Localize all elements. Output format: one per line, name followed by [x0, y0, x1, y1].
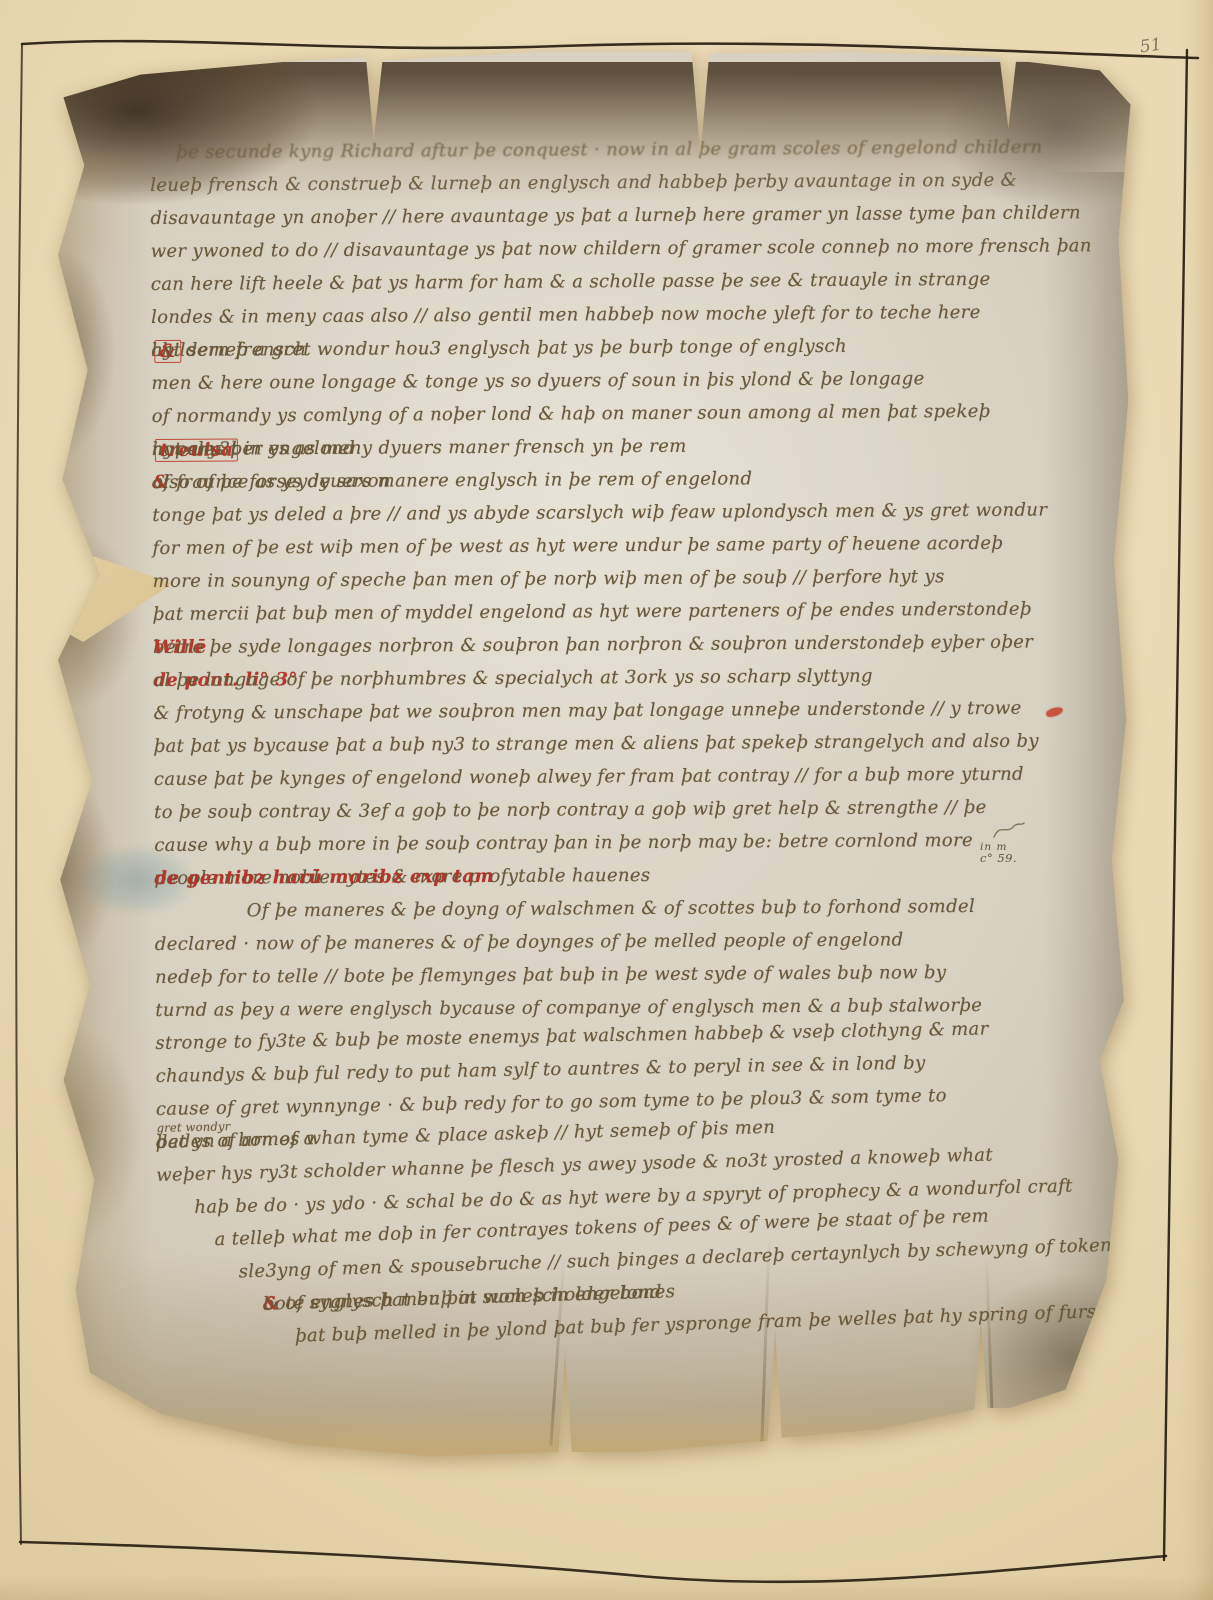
line-text: turnd as þey a were englysch bycause of … — [155, 995, 982, 1021]
manuscript-line: hyt ary3t in engelondtreuisanopeles þer … — [152, 433, 1102, 472]
line-text: hyt semeþ a gret wondur hou3 englysch þa… — [151, 336, 847, 361]
manuscript-line: & of sygnes þat buþ in such scholder bon… — [157, 1268, 1108, 1330]
stain-top-right-corner — [884, 60, 1144, 280]
line-text: londes & in meny caas also // also genti… — [151, 302, 981, 328]
manuscript-line: cause þat þe kynges of engelond woneþ al… — [154, 763, 1104, 802]
line-text: childern frensch — [151, 339, 306, 361]
line-text: stronge to fy3te & buþ þe moste enemys þ… — [155, 1018, 989, 1054]
manuscript-line: nedeþ for to telle // bote þe flemynges … — [155, 961, 1105, 1000]
line-text: þat þat ys bycause þat a buþ ny3 to stra… — [154, 731, 1039, 757]
line-text: nopeles þer ys as meny dyuers maner fren… — [152, 436, 687, 460]
line-text: hyt ary3t in engelond — [152, 438, 355, 460]
rubric-interlin: gret wondyr — [156, 1119, 230, 1135]
line-text: bote englysch men þat woneþ in engelond — [263, 1282, 663, 1315]
manuscript-line: men & here oune longage & tonge ys so dy… — [151, 367, 1101, 406]
blue-pigment-stain — [62, 834, 212, 926]
stain-bottom-right-corner — [916, 1242, 1136, 1432]
line-text: cause of gret wynnynge · & buþ redy for … — [156, 1085, 947, 1120]
manuscript-line: cause of gret wynnynge · & buþ redy for … — [156, 1082, 1106, 1132]
manuscript-line: dedes of armes whan tyme & place askeþ /… — [156, 1109, 1107, 1165]
manuscript-line: disavauntage yn anoþer // here avauntage… — [150, 202, 1100, 241]
line-text: also of þe forseyde saxon — [152, 471, 391, 493]
line-text: to þe souþ contray & 3ef a goþ to þe nor… — [154, 797, 987, 823]
stain-bottom-band — [36, 1252, 1136, 1462]
line-text: nedeþ for to telle // bote þe flemynges … — [155, 962, 946, 988]
manuscript-line: tonge þat ys deled a þre // and ys abyde… — [152, 499, 1102, 538]
manuscript-line: wer ywoned to do // disavauntage ys þat … — [151, 235, 1101, 274]
manuscript-line: & frotyng & unschape þat we souþron men … — [153, 697, 1103, 736]
line-text: men & here oune longage & tonge ys so dy… — [151, 368, 924, 394]
manuscript-line: to þe souþ contray & 3ef a goþ to þe nor… — [154, 796, 1104, 835]
rubric-red: & — [152, 472, 169, 493]
rubric-redbox: & — [154, 340, 181, 363]
line-text: people more noble cytes & more profytabl… — [154, 865, 650, 889]
manuscript-line: þat buþ melled in þe ylond þat buþ fer y… — [157, 1301, 1108, 1363]
manuscript-line: þe secunde kyng Richard aftur þe conques… — [150, 136, 1100, 175]
manuscript-line: can here lift heele & þat ys harm for ha… — [151, 268, 1101, 307]
manuscript-line: people more noble cytes & more profytabl… — [154, 862, 1104, 901]
folio-number: 51 — [1139, 35, 1163, 58]
line-text: sle3yng of men & spousebruche // such þi… — [238, 1235, 1122, 1283]
manuscript-line: haþ be do · ys ydo · & schal be do & as … — [156, 1175, 1107, 1231]
line-text: cause why a buþ more in þe souþ contray … — [154, 830, 973, 856]
manuscript-line: de pont. li° 3° al þe longage of þe norþ… — [153, 664, 1103, 703]
rubric-redbox: treuisa — [155, 438, 239, 462]
line-text: þat mercii þat buþ men of myddel engelon… — [153, 599, 1032, 625]
margin-squiggle-mark — [992, 820, 1026, 840]
manuscript-line: weþer hys ry3t scholder whanne þe flesch… — [156, 1142, 1107, 1198]
margin-chapter-note-bottom: c° 59. — [980, 853, 1017, 864]
manuscript-line: turnd as þey a were englysch bycause of … — [155, 994, 1105, 1033]
torn-edge-flap — [32, 512, 192, 642]
line-text: haþ be do · ys ydo · & schal be do & as … — [194, 1176, 1073, 1218]
manuscript-line: londes & in meny caas also // also genti… — [151, 301, 1101, 340]
line-text: tonge þat ys deled a þre // and ys abyde… — [152, 500, 1047, 526]
text-block: þe secunde kyng Richard aftur þe conques… — [150, 136, 1107, 1363]
stain-right-band — [1044, 172, 1136, 1372]
rubric-red: & — [263, 1293, 280, 1314]
manuscript-line: of fraunce as ys dyuers manere englysch … — [152, 466, 1102, 505]
manuscript-line: a telleþ what me doþ in fer contrayes to… — [156, 1202, 1107, 1264]
rubric-redbold: de gentibz harū moribz exp tam — [154, 866, 494, 889]
manuscript-line: Of þe maneres & þe doyng of walschmen & … — [155, 895, 1105, 934]
bottom-hem — [36, 1404, 1136, 1462]
parchment-sheen — [166, 192, 1006, 1072]
line-text: can here lift heele & þat ys harm for ha… — [151, 269, 991, 295]
line-text: weþer hys ry3t scholder whanne þe flesch… — [156, 1145, 993, 1186]
manuscript-line: for men of þe est wiþ men of þe west as … — [152, 532, 1102, 571]
line-text: wer ywoned to do // disavauntage ys þat … — [151, 235, 1092, 262]
manuscript-line: leueþ frensch & construeþ & lurneþ an en… — [150, 169, 1100, 208]
line-text: & of sygnes þat buþ in such scholder bon… — [263, 1281, 676, 1315]
manuscript-leaf: þe secunde kyng Richard aftur þe conques… — [36, 42, 1136, 1462]
rubric-red: Willē — [153, 637, 207, 658]
manuscript-line: of normandy ys comlyng of a noþer lond &… — [152, 400, 1102, 439]
stain-top-left-corner — [36, 52, 396, 262]
line-text: declared · now of þe maneres & of þe doy… — [155, 929, 904, 955]
line-text: chaundys & buþ ful redy to put ham sylf … — [155, 1053, 925, 1087]
album-page: { "document": { "kind": "manuscript-page… — [0, 0, 1213, 1600]
line-text: for men of þe est wiþ men of þe west as … — [152, 533, 1003, 559]
line-text: & frotyng & unschape þat we souþron men … — [153, 698, 1021, 724]
line-text: disavauntage yn anoþer // here avauntage… — [150, 202, 1081, 229]
line-text: þat buþ melled in þe ylond þat buþ fer y… — [295, 1300, 1155, 1347]
line-text: þe secunde kyng Richard aftur þe conques… — [176, 137, 1043, 163]
manuscript-line: sle3yng of men & spousebruche // such þi… — [156, 1235, 1107, 1297]
line-text: leueþ frensch & construeþ & lurneþ an en… — [150, 170, 1017, 196]
line-text: of fraunce as ys dyuers manere englysch … — [152, 468, 752, 493]
line-text: more in sounyng of speche þan men of þe … — [153, 566, 945, 592]
line-text: al þe longage of þe norþhumbres & specia… — [153, 666, 873, 691]
line-text: a telleþ what me doþ in fer contrayes to… — [214, 1206, 989, 1251]
rubric-red: de pont. li° 3° — [153, 669, 298, 691]
bottom-tear-line — [985, 1257, 994, 1422]
stain-top-band — [36, 62, 1136, 202]
manuscript-leaf-wrap: þe secunde kyng Richard aftur þe conques… — [0, 0, 1213, 1600]
line-text: betre þe syde longages norþron & souþron… — [153, 632, 1033, 658]
line-text: of normandy ys comlyng of a noþer lond &… — [152, 401, 991, 427]
manuscript-line: þat mercii þat buþ men of myddel engelon… — [153, 598, 1103, 637]
manuscript-line: stronge to fy3te & buþ þe moste enemys þ… — [155, 1016, 1105, 1066]
line-text: dedes of armes whan tyme & place askeþ /… — [156, 1117, 776, 1153]
stain-left-band — [36, 152, 154, 1412]
line-text: Of þe maneres & þe doyng of walschmen & … — [247, 896, 975, 921]
manuscript-line: chaundys & buþ ful redy to put ham sylf … — [155, 1049, 1105, 1099]
line-text: þat yn a bon of a — [156, 1128, 315, 1153]
manuscript-line: cause why a buþ more in þe souþ contray … — [154, 829, 1104, 868]
manuscript-line: þat þat ys bycause þat a buþ ny3 to stra… — [154, 730, 1104, 769]
manuscript-line: childern frensch&hyt semeþ a gret wondur… — [151, 334, 1101, 373]
line-text: cause þat þe kynges of engelond woneþ al… — [154, 764, 1024, 790]
manuscript-line: more in sounyng of speche þan men of þe … — [153, 565, 1103, 604]
bottom-tear-line — [549, 1256, 565, 1446]
bottom-tear-line — [760, 1233, 771, 1448]
manuscript-line: declared · now of þe maneres & of þe doy… — [155, 928, 1105, 967]
manuscript-line: betre þe syde longages norþron & souþron… — [153, 631, 1103, 670]
margin-chapter-note: in m c° 59. — [980, 842, 1017, 864]
